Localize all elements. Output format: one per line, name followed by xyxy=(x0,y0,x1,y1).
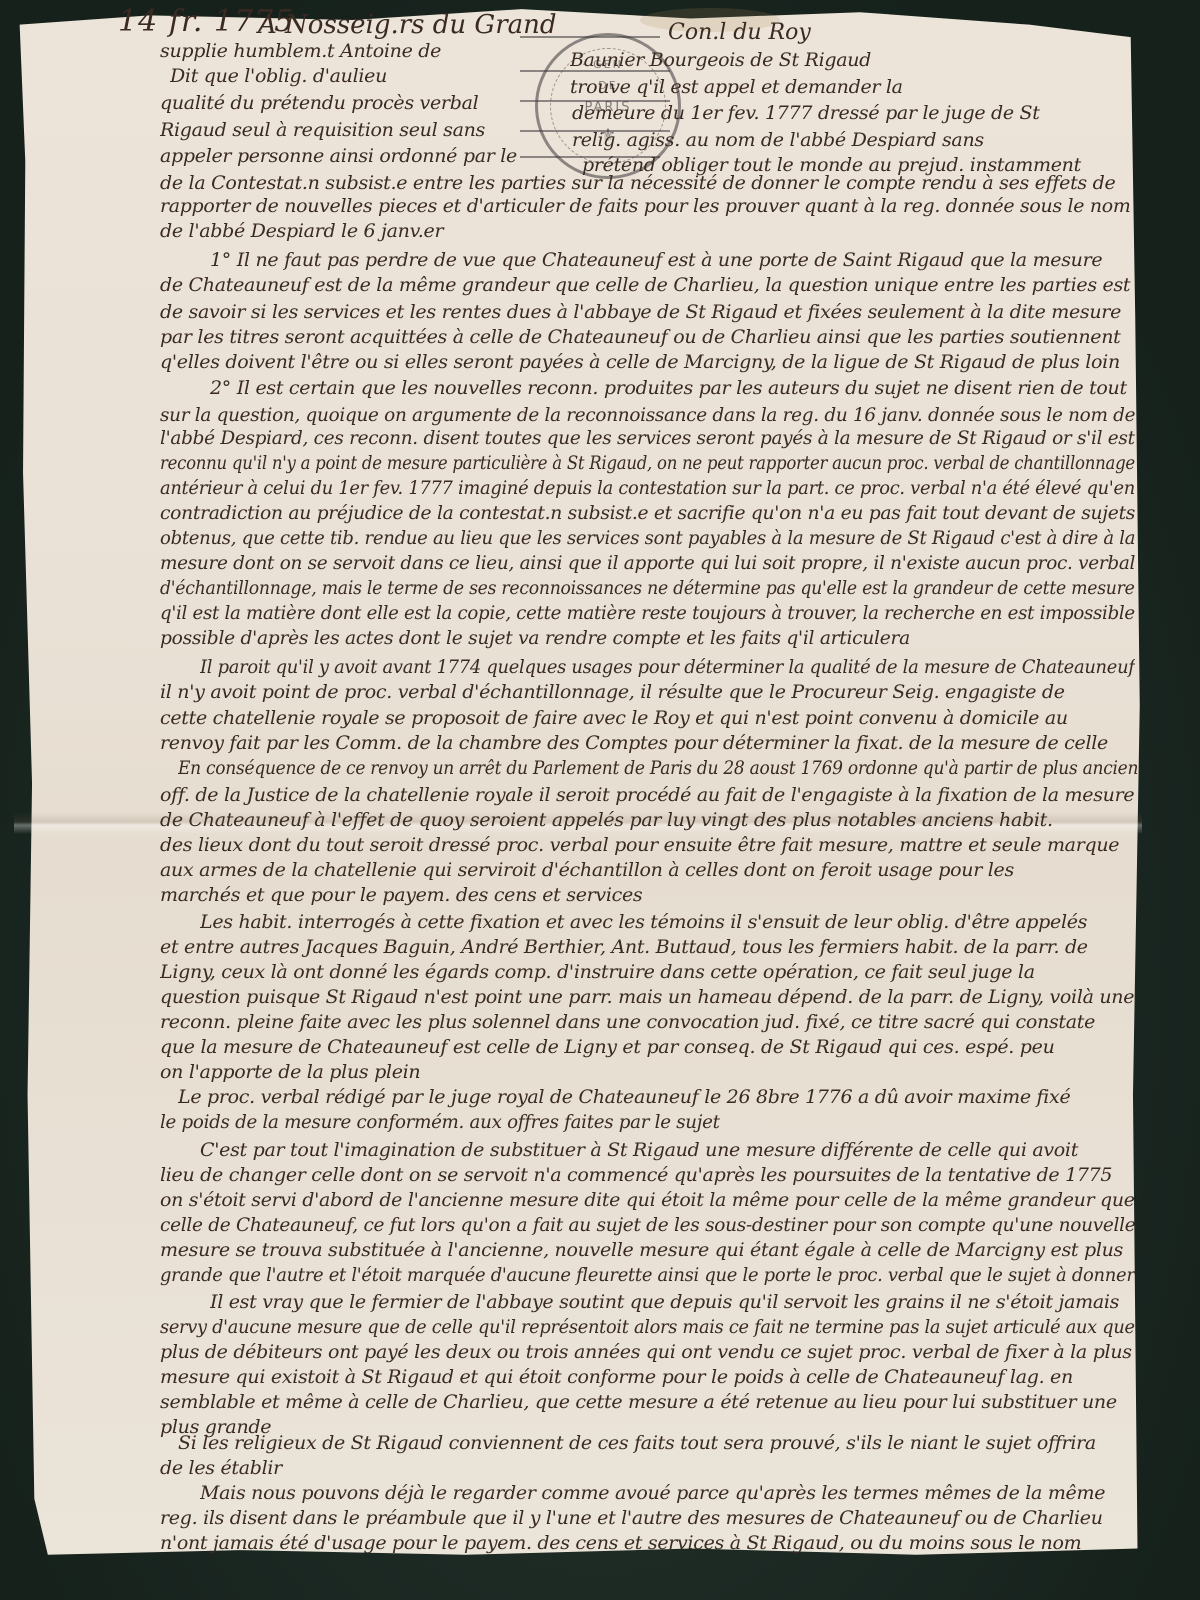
manuscript-line: et entre autres Jacques Baguin, André Be… xyxy=(160,934,1135,960)
manuscript-line: q'il est la matière dont elle est la cop… xyxy=(160,600,1135,626)
manuscript-line: off. de la Justice de la chatellenie roy… xyxy=(160,782,1135,808)
manuscript-line: le poids de la mesure conformém. aux off… xyxy=(160,1109,720,1135)
addressee-heading: A Nosseig.rs du Grand xyxy=(258,10,557,40)
manuscript-line: on l'apporte de la plus plein xyxy=(160,1059,680,1085)
addressee-title-right: Con.l du Roy xyxy=(668,20,811,45)
manuscript-line: Baunier Bourgeois de St Rigaud xyxy=(570,47,1040,73)
manuscript-line: reconnu qu'il n'y a point de mesure part… xyxy=(160,450,1135,476)
manuscript-line: de Chateauneuf est de la même grandeur q… xyxy=(160,272,1135,298)
manuscript-line: demeure du 1er fev. 1777 dressé par le j… xyxy=(572,100,1127,126)
manuscript-line: des lieux dont du tout seroit dressé pro… xyxy=(160,832,1135,858)
manuscript-line: lieu de changer celle dont on se servoit… xyxy=(160,1162,1135,1188)
manuscript-line: En conséquence de ce renvoy un arrêt du … xyxy=(178,755,1138,781)
manuscript-line: possible d'après les actes dont le sujet… xyxy=(160,625,910,651)
manuscript-line: q'elles doivent l'être ou si elles seron… xyxy=(160,349,1120,375)
manuscript-line: Le proc. verbal rédigé par le juge royal… xyxy=(178,1084,1128,1110)
manuscript-line: grande que l'autre et l'étoit marquée d'… xyxy=(160,1262,1135,1288)
manuscript-line: Ligny, ceux là ont donné les égards comp… xyxy=(160,959,1135,985)
manuscript-line: Il est vray que le fermier de l'abbaye s… xyxy=(210,1289,1135,1315)
manuscript-line: Mais nous pouvons déjà le regarder comme… xyxy=(200,1480,1135,1506)
manuscript-line: que la mesure de Chateauneuf est celle d… xyxy=(160,1034,1135,1060)
manuscript-line: renvoy fait par les Comm. de la chambre … xyxy=(160,730,1135,756)
manuscript-line: antérieur à celui du 1er fev. 1777 imagi… xyxy=(160,475,1135,501)
manuscript-line: Les habit. interrogés à cette fixation e… xyxy=(200,909,1135,935)
manuscript-line: Si les religieux de St Rigaud conviennen… xyxy=(178,1430,1138,1456)
manuscript-line: de les établir xyxy=(160,1455,410,1481)
manuscript-line: 2° Il est certain que les nouvelles reco… xyxy=(210,375,1135,401)
manuscript-line: d'échantillonnage, mais le terme de ses … xyxy=(160,575,1135,601)
manuscript-line: semblable et même à celle de Charlieu, q… xyxy=(160,1389,1135,1415)
manuscript-line: on s'étoit servi d'abord de l'ancienne m… xyxy=(160,1187,1135,1213)
manuscript-line: obtenus, que cette tib. rendue au lieu q… xyxy=(160,525,1135,551)
manuscript-line: reconn. pleine faite avec les plus solen… xyxy=(160,1009,1135,1035)
manuscript-line: de la Contestat.n subsist.e entre les pa… xyxy=(160,170,1130,196)
manuscript-line: Rigaud seul à requisition seul sans xyxy=(160,117,530,143)
manuscript-line: supplie humblem.t Antoine de xyxy=(160,38,530,64)
manuscript-line: sur la question, quoique on argumente de… xyxy=(160,402,1135,428)
manuscript-line: Dit que l'oblig. d'aulieu xyxy=(170,63,520,89)
manuscript-line: 1° Il ne faut pas perdre de vue que Chat… xyxy=(210,247,1135,273)
manuscript-line: l'abbé Despiard, ces reconn. disent tout… xyxy=(160,425,1135,451)
manuscript-line: Il paroit qu'il y avoit avant 1774 quelq… xyxy=(200,654,1135,680)
manuscript-line: reg. ils disent dans le préambule que il… xyxy=(160,1505,1135,1531)
manuscript-line: C'est par tout l'imagination de substitu… xyxy=(200,1137,1125,1163)
manuscript-line: relig. agiss. au nom de l'abbé Despiard … xyxy=(572,127,1127,153)
manuscript-line: de Chateauneuf à l'effet de quoy seroien… xyxy=(160,807,1135,833)
manuscript-line: rapporter de nouvelles pieces et d'artic… xyxy=(160,193,1130,219)
manuscript-line: de l'abbé Despiard le 6 janv.er xyxy=(160,218,560,244)
manuscript-line: contradiction au préjudice de la contest… xyxy=(160,500,1135,526)
manuscript-line: mesure dont on se servoit dans ce lieu, … xyxy=(160,550,1135,576)
manuscript-line: il n'y avoit point de proc. verbal d'éch… xyxy=(160,679,1135,705)
manuscript-line: trouve q'il est appel et demander la xyxy=(570,74,1125,100)
manuscript-line: qualité du prétendu procès verbal xyxy=(160,90,530,116)
manuscript-line: marchés et que pour le payem. des cens e… xyxy=(160,882,710,908)
manuscript-line: par les titres seront acquittées à celle… xyxy=(160,324,1135,350)
manuscript-line: celle de Chateauneuf, ce fut lors qu'on … xyxy=(160,1212,1135,1238)
manuscript-line: appeler personne ainsi ordonné par le xyxy=(160,143,520,169)
manuscript-line: mesure se trouva substituée à l'ancienne… xyxy=(160,1237,1135,1263)
manuscript-line: mesure qui existoit à St Rigaud et qui é… xyxy=(160,1364,1135,1390)
manuscript-line: de savoir si les services et les rentes … xyxy=(160,299,1130,325)
manuscript-line: aux armes de la chatellenie qui serviroi… xyxy=(160,857,1135,883)
manuscript-line: n'ont jamais été d'usage pour le payem. … xyxy=(160,1530,1135,1556)
manuscript-line: cette chatellenie royale se proposoit de… xyxy=(160,705,1135,731)
manuscript-line: question puisque St Rigaud n'est point u… xyxy=(160,984,1135,1010)
manuscript-line: servy d'aucune mesure que de celle qu'il… xyxy=(160,1314,1135,1340)
manuscript-line: plus de débiteurs ont payé les deux ou t… xyxy=(160,1339,1135,1365)
